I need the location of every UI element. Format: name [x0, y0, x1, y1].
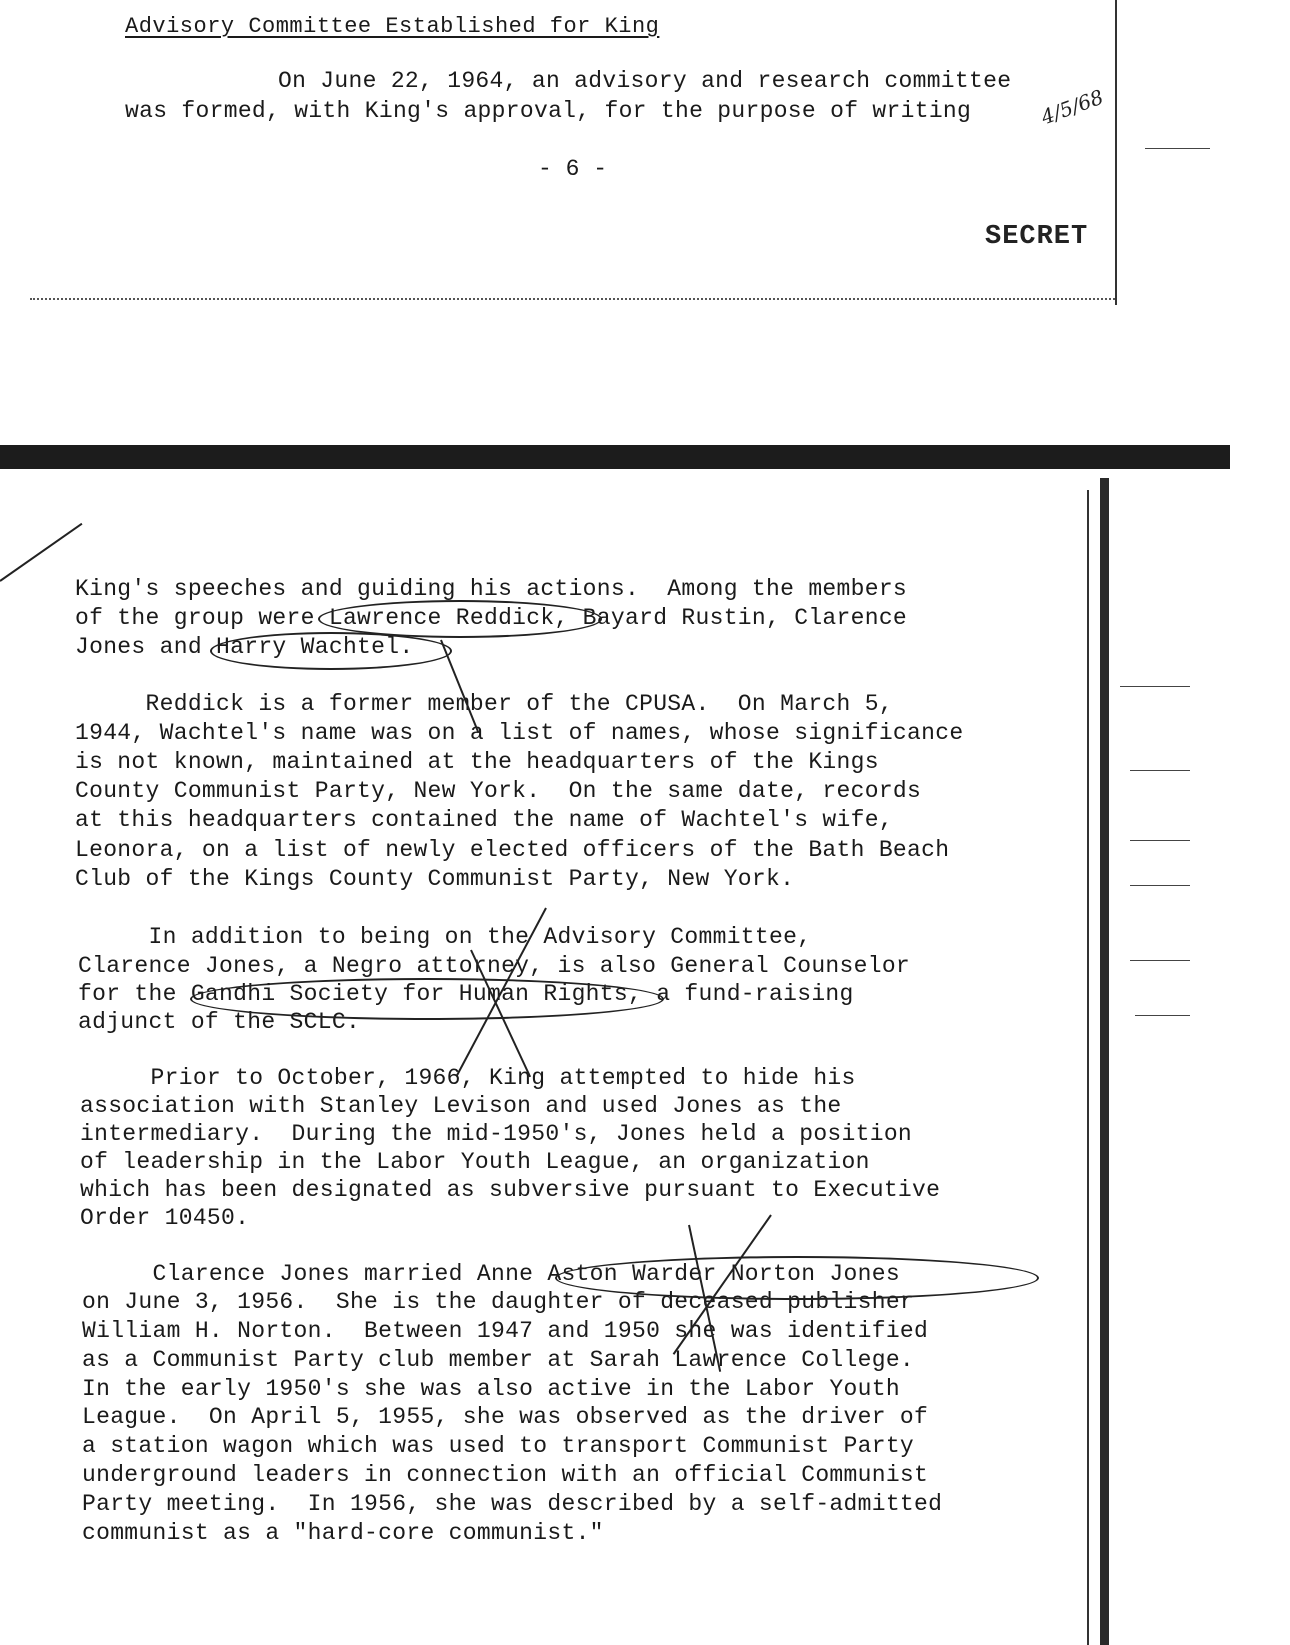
margin-tick: [1120, 686, 1190, 687]
text-line: at this headquarters contained the name …: [75, 807, 893, 833]
margin-rule-thick: [1100, 478, 1109, 1645]
text-line: Reddick is a former member of the CPUSA.…: [75, 691, 893, 717]
handwritten-date-note: 4/5/68: [1038, 85, 1107, 130]
text-line: In addition to being on the Advisory Com…: [78, 924, 811, 950]
text-line: Leonora, on a list of newly elected offi…: [75, 837, 949, 863]
pen-circle-anne-norton: [555, 1256, 1039, 1300]
text-line: League. On April 5, 1955, she was observ…: [82, 1404, 928, 1430]
margin-tick: [1135, 1015, 1190, 1016]
section-heading: Advisory Committee Established for King: [125, 14, 659, 39]
pen-circle-gandhi-society: [190, 978, 664, 1020]
secret-stamp: SECRET: [985, 222, 1088, 252]
text-line: County Communist Party, New York. On the…: [75, 778, 921, 804]
document-page-top: Advisory Committee Established for King …: [0, 0, 1230, 445]
text-line: William H. Norton. Between 1947 and 1950…: [82, 1318, 928, 1344]
text-line: which has been designated as subversive …: [80, 1177, 940, 1203]
text-line: of leadership in the Labor Youth League,…: [80, 1149, 870, 1175]
margin-tick: [1130, 960, 1190, 961]
text-line: intermediary. During the mid-1950's, Jon…: [80, 1121, 912, 1147]
text-line: King's speeches and guiding his actions.…: [75, 576, 907, 602]
margin-tick: [1145, 148, 1210, 149]
text-line: communist as a "hard-core communist.": [82, 1520, 604, 1546]
text-line: Clarence Jones, a Negro attorney, is als…: [78, 953, 910, 979]
text-line: association with Stanley Levison and use…: [80, 1093, 842, 1119]
text-line: underground leaders in connection with a…: [82, 1462, 928, 1488]
page-separator-bar: [0, 445, 1230, 469]
margin-tick: [1130, 770, 1190, 771]
text-line: as a Communist Party club member at Sara…: [82, 1347, 914, 1373]
margin-tick: [1130, 885, 1190, 886]
scan-noise-line: [30, 298, 1115, 300]
pen-circle-wachtel: [210, 632, 452, 670]
text-line: is not known, maintained at the headquar…: [75, 749, 879, 775]
text-line: Party meeting. In 1956, she was describe…: [82, 1491, 942, 1517]
text-line: Club of the Kings County Communist Party…: [75, 866, 794, 892]
text-line: was formed, with King's approval, for th…: [125, 98, 971, 124]
margin-rule: [1115, 0, 1117, 305]
page-number: - 6 -: [538, 156, 607, 182]
text-line: On June 22, 1964, an advisory and resear…: [278, 68, 1011, 94]
margin-tick: [1130, 840, 1190, 841]
text-line: In the early 1950's she was also active …: [82, 1376, 900, 1402]
text-line: Prior to October, 1966, King attempted t…: [80, 1065, 856, 1091]
margin-rule: [1087, 490, 1089, 1645]
text-line: a station wagon which was used to transp…: [82, 1433, 914, 1459]
text-line: 1944, Wachtel's name was on a list of na…: [75, 720, 963, 746]
text-line: Order 10450.: [80, 1205, 249, 1231]
